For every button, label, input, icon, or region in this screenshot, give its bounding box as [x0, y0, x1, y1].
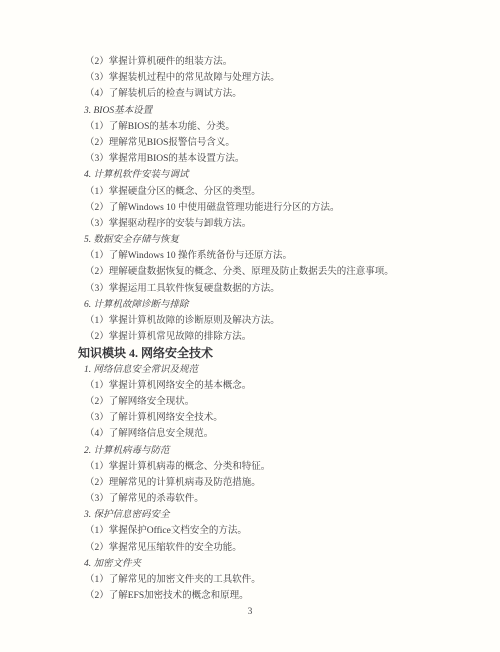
outline-item: （2）了解Windows 10 中使用磁盘管理功能进行分区的方法。 — [0, 200, 500, 216]
outline-item: （1）掌握计算机故障的诊断原则及解决方法。 — [0, 313, 500, 329]
outline-item: （1）掌握保护Office文档安全的方法。 — [0, 523, 500, 539]
outline-item: （2）理解常见的计算机病毒及防范措施。 — [0, 475, 500, 491]
outline-item: （4）了解网络信息安全规范。 — [0, 426, 500, 442]
outline-item: （4）了解装机后的检查与调试方法。 — [0, 86, 500, 102]
outline-item: （2）理解常见BIOS报警信号含义。 — [0, 135, 500, 151]
outline-item: （3）掌握装机过程中的常见故障与处理方法。 — [0, 70, 500, 86]
section-heading: 5. 数据安全存储与恢复 — [0, 232, 500, 248]
module-heading: 知识模块 4. 网络安全技术 — [0, 345, 500, 361]
outline-item: （1）掌握硬盘分区的概念、分区的类型。 — [0, 184, 500, 200]
section-heading: 2. 计算机病毒与防范 — [0, 443, 500, 459]
section-heading: 3. BIOS基本设置 — [0, 103, 500, 119]
outline-item: （2）理解硬盘数据恢复的概念、分类、原理及防止数据丢失的注意事项。 — [0, 264, 500, 280]
section-heading: 4. 加密文件夹 — [0, 556, 500, 572]
document-page: （2）掌握计算机硬件的组装方法。 （3）掌握装机过程中的常见故障与处理方法。 （… — [0, 0, 500, 652]
outline-item: （3）了解常见的杀毒软件。 — [0, 491, 500, 507]
outline-item: （3）掌握驱动程序的安装与卸载方法。 — [0, 216, 500, 232]
outline-item: （2）掌握常见压缩软件的安全功能。 — [0, 540, 500, 556]
outline-item: （1）了解Windows 10 操作系统备份与还原方法。 — [0, 248, 500, 264]
section-heading: 1. 网络信息安全常识及规范 — [0, 362, 500, 378]
outline-item: （3）掌握常用BIOS的基本设置方法。 — [0, 151, 500, 167]
section-heading: 4. 计算机软件安装与调试 — [0, 167, 500, 183]
outline-item: （3）了解计算机网络安全技术。 — [0, 410, 500, 426]
outline-item: （2）掌握计算机硬件的组装方法。 — [0, 54, 500, 70]
outline-item: （3）掌握运用工具软件恢复硬盘数据的方法。 — [0, 281, 500, 297]
outline-item: （1）了解BIOS的基本功能、分类。 — [0, 119, 500, 135]
page-number: 3 — [0, 604, 500, 620]
outline-item: （1）了解常见的加密文件夹的工具软件。 — [0, 572, 500, 588]
outline-item: （1）掌握计算机病毒的概念、分类和特征。 — [0, 459, 500, 475]
outline-item: （2）了解网络安全现状。 — [0, 394, 500, 410]
outline-item: （1）掌握计算机网络安全的基本概念。 — [0, 378, 500, 394]
section-heading: 6. 计算机故障诊断与排除 — [0, 297, 500, 313]
outline-item: （2）掌握计算机常见故障的排除方法。 — [0, 329, 500, 345]
section-heading: 3. 保护信息密码安全 — [0, 507, 500, 523]
outline-item: （2）了解EFS加密技术的概念和原理。 — [0, 588, 500, 604]
